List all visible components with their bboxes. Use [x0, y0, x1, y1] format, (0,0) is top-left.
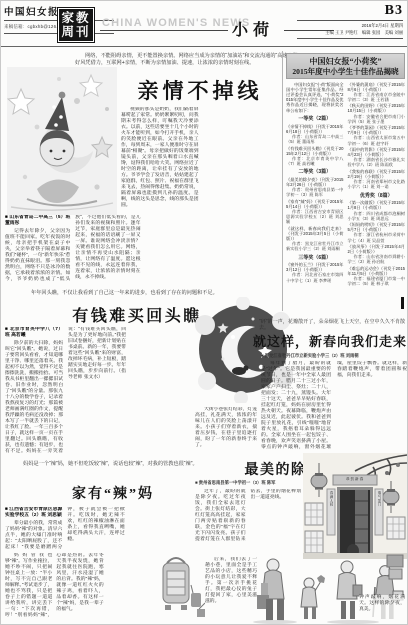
award-item: 《爷爷的菜园》（刊发于2015年7月9日（小荷版）） 作者：山西省太原市第五中学… — [348, 125, 406, 145]
award-title-line1: 中国妇女报“小荷奖” — [288, 57, 403, 67]
article1-body-a: 视频的那头是奶奶，我们隔着屏幕唠起了家常。奶奶絮絮叨叨，问我期末考得怎么样，叮嘱… — [121, 107, 199, 209]
award-item: 《第一次做饭》（刊发于2015年1月8日（小荷版）） 作者：四川省成都市泡桐树小… — [348, 200, 406, 220]
article1-body-lower: ■ 山东省青岛二中高三（5）班 董雨彤 记得去年除夕，父亲因为值班不能回家。吃年… — [5, 215, 281, 287]
weekly-section-box: 家教 周刊 — [57, 7, 95, 43]
award-work-title: 《爷爷的菜园》（刊发于2015年7月9日（小荷版）） — [348, 125, 406, 135]
award-item: 《秋天的田野》（刊发于2015年10月15日（小荷版）） 作者：安徽省合肥市南门… — [348, 103, 406, 123]
award-work-title: 《雨中的背影》（刊发于2015年4月23日（小荷版）） — [348, 147, 406, 157]
article5-body: 过年了，最盼的就是除夕夜。吃过年夜饭，我们全家去逛灯会。街上张灯结彩，大红灯笼高… — [195, 489, 301, 551]
award-item: 《就这样，新春向我们走来》（刊发于2015年3月5日（小荷版）） 作者：黑龙江省… — [286, 226, 344, 251]
award-work-title: 《放风筝》（刊发于2015年4月2日（小荷版）） — [348, 244, 406, 254]
weekly-box-line2: 周刊 — [61, 25, 90, 39]
article2-body-text: 除夕前的大扫除，妈妈叫它“回头瞧”。她说，过日子要常回头看看，才知道哪里干净、哪… — [5, 327, 126, 457]
award-item: 《最美的除夕夜》（刊发于2015年2月26日（小荷版）） 作者：贵州省思南县第一… — [286, 177, 344, 197]
award-work-title: 《外婆的蒲扇》（刊发于2015年8月6日（小荷版）） — [348, 82, 406, 92]
award-item: 《放风筝》（刊发于2015年4月2日（小荷版）） 作者：山东省济南市舜耕小学三（… — [348, 244, 406, 264]
award-work-author: 作者：山东省济南市舜耕小学三（2）班 孙启航 — [348, 254, 406, 264]
doorway-lanterns-illustration: 恭贺新春 春满人间 瑞气盈门 — [303, 453, 407, 559]
award-work-author: 作者：河南省郑州市文化路小学六（1）班 刘一诺 — [348, 179, 406, 189]
award-tier-title: 二等奖（3篇） — [286, 168, 344, 175]
couplet-right-text: 瑞气盈门 — [377, 491, 381, 535]
newspaper-page: 中国妇女报 来稿信箱：cgbxhb@126.com 家教 周刊 CHINA WO… — [0, 0, 408, 625]
article4-body-b: 妈妈管我也够“辣”。写作业拖拉，她不吵不闹，只把闹钟往桌上一放：“半小时，写不完… — [5, 553, 104, 623]
article4-author: ■ 江西省吉安市青原区思源实验学校五（2）班 刘思颖 — [5, 507, 62, 519]
article1-body-upper: 视频的那头是奶奶，我们隔着屏幕唠起了家常。奶奶絮絮叨叨，问我期末考得怎么样，叮嘱… — [121, 107, 281, 211]
english-paper-name: CHINA WOMEN'S NEWS — [102, 17, 250, 29]
award-work-title: 《难忘的运动会》（刊发于2015年11月5日（小荷版）） — [348, 266, 406, 276]
award-work-author: 作者：四川省成都市泡桐树小学五（3）班 周思远 — [348, 211, 406, 221]
award-work-author: 作者：江西省吉安市青原区思源实验学校五（2）班 刘思颖 — [286, 209, 344, 224]
door-banner-text: 恭贺新春 — [333, 477, 377, 482]
award-item: 《难忘的运动会》（刊发于2015年11月5日（小荷版）） 作者：福建省厦门市第一… — [348, 266, 406, 286]
award-work-title: 《第一次做饭》（刊发于2015年1月8日（小荷版）） — [348, 200, 406, 210]
award-work-title: 《窗外的玉兰》（刊发于2015年3月12日（小荷版）） — [286, 262, 344, 272]
award-work-title: 《秋天的田野》（刊发于2015年10月15日（小荷版）） — [348, 103, 406, 113]
masthead-divider — [1, 46, 408, 47]
award-item: 《家有“辣”妈》（刊发于2015年5月14日（小荷版）） 作者：江西省吉安市青原… — [286, 199, 344, 224]
article2-author: ■ 北京市育英中学八（7）班 高若曦 — [5, 327, 63, 339]
award-work-author: 作者：浙江省杭州市采荷中学七（4）班 吴品萱 — [348, 232, 406, 242]
award-work-author: 作者：江苏省南京市金陵中学初二（3）班 王若涵 — [348, 92, 406, 102]
award-item: 《有钱难买回头瞧》（刊发于2015年2月12日（小荷版）） 作者：北京市育英中学… — [286, 146, 344, 166]
award-title-line2: 2015年度中小学生十佳作品揭晓 — [288, 67, 403, 76]
award-work-author: 作者：河北省石家庄市第四十中学七（1）班 李梦瑶 — [286, 272, 344, 282]
award-tier-title: 优秀奖（8篇） — [348, 192, 406, 199]
award-item: 《窗外的玉兰》（刊发于2015年3月12日（小荷版）） 作者：河北省石家庄市第四… — [286, 262, 344, 282]
article5-body2-column: 后来，我们去了一趟小巷，里面全是手工艺品的小店，这些精巧的小玩意儿让我爱不释手。… — [205, 557, 257, 621]
award-work-author: 作者：山东省青岛二中高三（5）班 董雨彤 — [286, 134, 344, 144]
award-work-author: 作者：福建省厦门市第一中学初二（5）班 林子琪 — [348, 276, 406, 286]
article3-body-text: 每年到了腊月，最盼的就是“过年”。它是我国最重要的传统节日，也是一年中全家人最团… — [261, 361, 407, 453]
award-work-title: 《亲情不掉线》（刊发于2015年6月18日（小荷版）） — [286, 124, 344, 134]
award-item: 二等奖（3篇） — [286, 168, 344, 175]
award-work-title: 《我家的春联》（刊发于2015年2月19日（小荷版）） — [348, 169, 406, 179]
award-work-title: 《就这样，新春向我们走来》（刊发于2015年3月5日（小荷版）） — [286, 226, 344, 241]
award-work-author: 作者：安徽省合肥市南门小学四（5）班 张子墨 — [348, 114, 406, 124]
article5-body2-text: 后来，我们去了一趟小巷，里面全是手工艺品的小店，这些精巧的小玩意儿让我爱不释手。… — [205, 557, 257, 605]
article4-body-lower: 妈妈管我也够“辣”。写作业拖拉，她不吵不闹，只把闹钟往桌上一放：“半小时，写不完… — [5, 553, 155, 623]
column-rule — [282, 51, 283, 311]
award-work-author: 作者：黑龙江省牡丹江市立新实验小学三（2）班 刘雨桐 — [286, 241, 344, 251]
award-list: 中国妇女报“小荷”版面向全国中小学生常年征集作品。经过评委会认真评选，“小荷奖”… — [286, 82, 405, 301]
award-item: 《亲情不掉线》（刊发于2015年6月18日（小荷版）） 作者：山东省青岛二中高三… — [286, 124, 344, 144]
award-item: 三等奖（6篇） — [286, 254, 344, 261]
staff-line: 主编 王卫 尹艳红 编辑 张园 美编 刘丽 — [297, 30, 403, 36]
girl-party-illustration — [7, 67, 117, 215]
masthead-right: B3 2016年2月4日 星期四 主编 王卫 尹艳红 编辑 张园 美编 刘丽 — [297, 3, 403, 39]
article5-body-text: 过年了，最盼的就是除夕夜。吃过年夜饭，我们全家去逛灯会。街上张灯结彩，大红灯笼高… — [195, 489, 301, 551]
article3-side-text: 大街小巷张灯结彩，灯笼高挂，礼花满天，浓浓的年味儿在人们的笑脸上荡漾开来。小孩子… — [195, 407, 257, 449]
award-work-title: 《妈妈的唠叨》（刊发于2015年5月7日（小荷版）） — [348, 222, 406, 232]
article1-author: ■ 山东省青岛二中高三（5）班 董雨彤 — [5, 215, 70, 227]
article5-ending: 钟声敲响，烟花满天。这样的除夕夜，真美。 — [359, 595, 405, 619]
award-item: 一等奖（2篇） — [286, 115, 344, 122]
girl-party-illustration-svg — [7, 67, 117, 215]
award-item: 《我家的春联》（刊发于2015年2月19日（小荷版）） 作者：河南省郑州市文化路… — [348, 169, 406, 189]
award-item: 优秀奖（8篇） — [348, 192, 406, 199]
article3-body: 每年到了腊月，最盼的就是“过年”。它是我国最重要的传统节日，也是一年中全家人最团… — [261, 361, 407, 453]
award-announcement: 中国妇女报“小荷奖” 2015年度中小学生十佳作品揭晓 中国妇女报“小荷”版面向… — [286, 53, 405, 301]
award-intro: 中国妇女报“小荷”版面向全国中小学生常年征集作品。经过评委会认真评选，“小荷奖”… — [286, 82, 344, 113]
award-title-box: 中国妇女报“小荷奖” 2015年度中小学生十佳作品揭晓 — [286, 53, 405, 79]
weekly-box-line1: 家教 — [61, 11, 90, 25]
award-item: 《外婆的蒲扇》（刊发于2015年8月6日（小荷版）） 作者：江苏省南京市金陵中学… — [348, 82, 406, 102]
award-tier-title: 一等奖（2篇） — [286, 115, 344, 122]
award-item: 《雨中的背影》（刊发于2015年4月23日（小荷版）） 作者：湖南省长沙市雅礼实… — [348, 147, 406, 167]
masthead-rule — [297, 20, 403, 21]
date-line: 2016年2月4日 星期四 — [297, 23, 403, 29]
article3-headline: 就这样，新春向我们走来 — [253, 331, 407, 350]
award-tier-title: 三等奖（6篇） — [286, 254, 344, 261]
doorway-illustration-svg — [303, 453, 407, 559]
end-mark-bar — [401, 297, 404, 309]
page-number: B3 — [297, 3, 403, 19]
award-work-author: 作者：贵州省思南县第一中学初一（3）班 陈军 — [286, 187, 344, 197]
award-work-author: 作者：北京市育英中学八（7）班 高若曦 — [286, 156, 344, 166]
title-rule-left — [100, 30, 228, 31]
article4-body-upper: ■ 江西省吉安市青原区思源实验学校五（2）班 刘思颖 辈分最小的我，常常成了妈妈… — [5, 507, 187, 551]
article2-body: ■ 北京市育英中学八（7）班 高若曦 除夕前的大扫除，妈妈叫它“回头瞧”。她说，… — [5, 327, 189, 457]
article3-quote: “砰”的一声，花瓣散开了，朵朵烟花飞上天空，在空中久久不肯散去。 — [259, 319, 405, 331]
award-work-title: 《有钱难买回头瞧》（刊发于2015年2月12日（小荷版）） — [286, 146, 344, 156]
award-work-author: 作者：湖南省长沙市雅礼实验中学八（2）班 陈雨欣 — [348, 157, 406, 167]
article4-headline: 家有“辣”妈 — [51, 483, 175, 503]
article4-intro: 妈妈是一个“辣”妈，她不但吃饭较“辣”，说话也较“辣”，对我的管教也很“辣”。 — [23, 461, 219, 475]
article1-headline: 亲情不掉线 — [119, 75, 281, 105]
award-item: 《妈妈的唠叨》（刊发于2015年5月7日（小荷版）） 作者：浙江省杭州市采荷中学… — [348, 222, 406, 242]
award-work-author: 作者：山西省太原市第五中学初一（6）班 赵宇轩 — [348, 135, 406, 145]
article3-side-column: 大街小巷张灯结彩，灯笼高挂，礼花满天，浓浓的年味儿在人们的笑脸上荡漾开来。小孩子… — [195, 407, 257, 455]
article3-author: ■ 黑龙江省牡丹江市立新实验小学三（2）班 刘雨桐 — [261, 353, 407, 358]
award-work-title: 《最美的除夕夜》（刊发于2015年2月26日（小荷版）） — [286, 177, 344, 187]
couplet-left-text: 春满人间 — [329, 491, 333, 535]
masthead-rule — [297, 38, 403, 39]
award-work-title: 《家有“辣”妈》（刊发于2015年5月14日（小荷版）） — [286, 199, 344, 209]
edition-title: 小荷 — [232, 17, 274, 40]
